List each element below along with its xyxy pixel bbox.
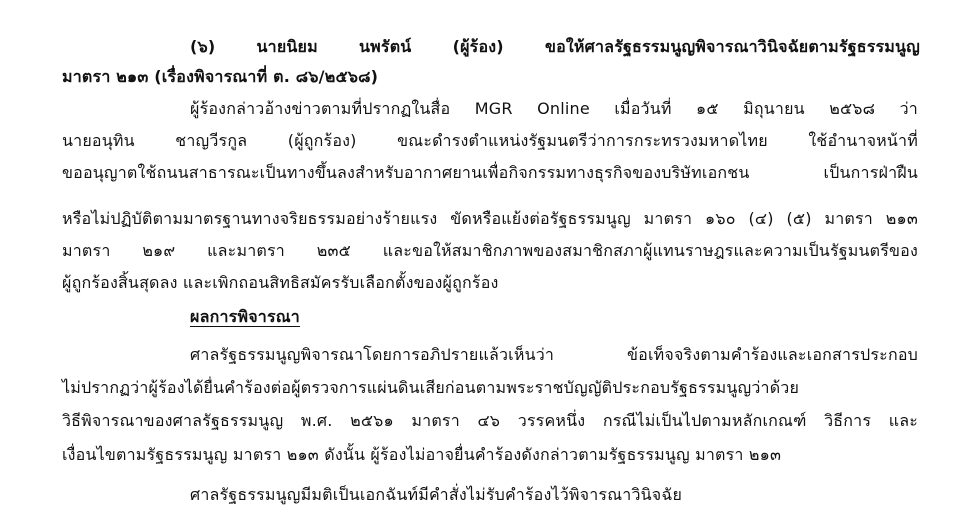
petition-line-6: ผู้ถูกร้องสิ้นสุดลง และเพิกถอนสิทธิสมัคร… [62, 271, 499, 295]
petition-line-5: มาตรา ๒๑๙ และมาตรา ๒๓๕ และขอให้สมาชิกภาพ… [62, 239, 918, 263]
petition-line-4: หรือไม่ปฏิบัติตามมาตรฐานทางจริยธรรมอย่าง… [62, 207, 918, 231]
case-title-line-2: มาตรา ๒๑๓ (เรื่องพิจารณาที่ ต. ๘๖/๒๕๖๘) [62, 65, 378, 89]
result-line-1: ศาลรัฐธรรมนูญพิจารณาโดยการอภิปรายแล้วเห็… [190, 343, 918, 367]
petition-line-3: ขออนุญาตใช้ถนนสาธารณะเป็นทางขึ้นลงสำหรับ… [62, 161, 918, 185]
result-heading: ผลการพิจารณา [190, 305, 300, 329]
result-line-4: เงื่อนไขตามรัฐธรรมนูญ มาตรา ๒๑๓ ดังนั้น … [62, 443, 781, 467]
case-title-line-1: (๖) นายนิยม นพรัตน์ (ผู้ร้อง) ขอให้ศาลรั… [190, 35, 920, 59]
decision-line: ศาลรัฐธรรมนูญมีมติเป็นเอกฉันท์มีคำสั่งไม… [190, 483, 682, 507]
petition-line-2: นายอนุทิน ชาญวีรกูล (ผู้ถูกร้อง) ขณะดำรง… [62, 129, 918, 153]
result-line-3: วิธีพิจารณาของศาลรัฐธรรมนูญ พ.ศ. ๒๕๖๑ มา… [62, 409, 918, 433]
document-page: (๖) นายนิยม นพรัตน์ (ผู้ร้อง) ขอให้ศาลรั… [0, 0, 960, 529]
petition-line-1: ผู้ร้องกล่าวอ้างข่าวตามที่ปรากฏในสื่อ MG… [190, 97, 918, 121]
result-line-2: ไม่ปรากฏว่าผู้ร้องได้ยื่นคำร้องต่อผู้ตรว… [62, 376, 918, 400]
